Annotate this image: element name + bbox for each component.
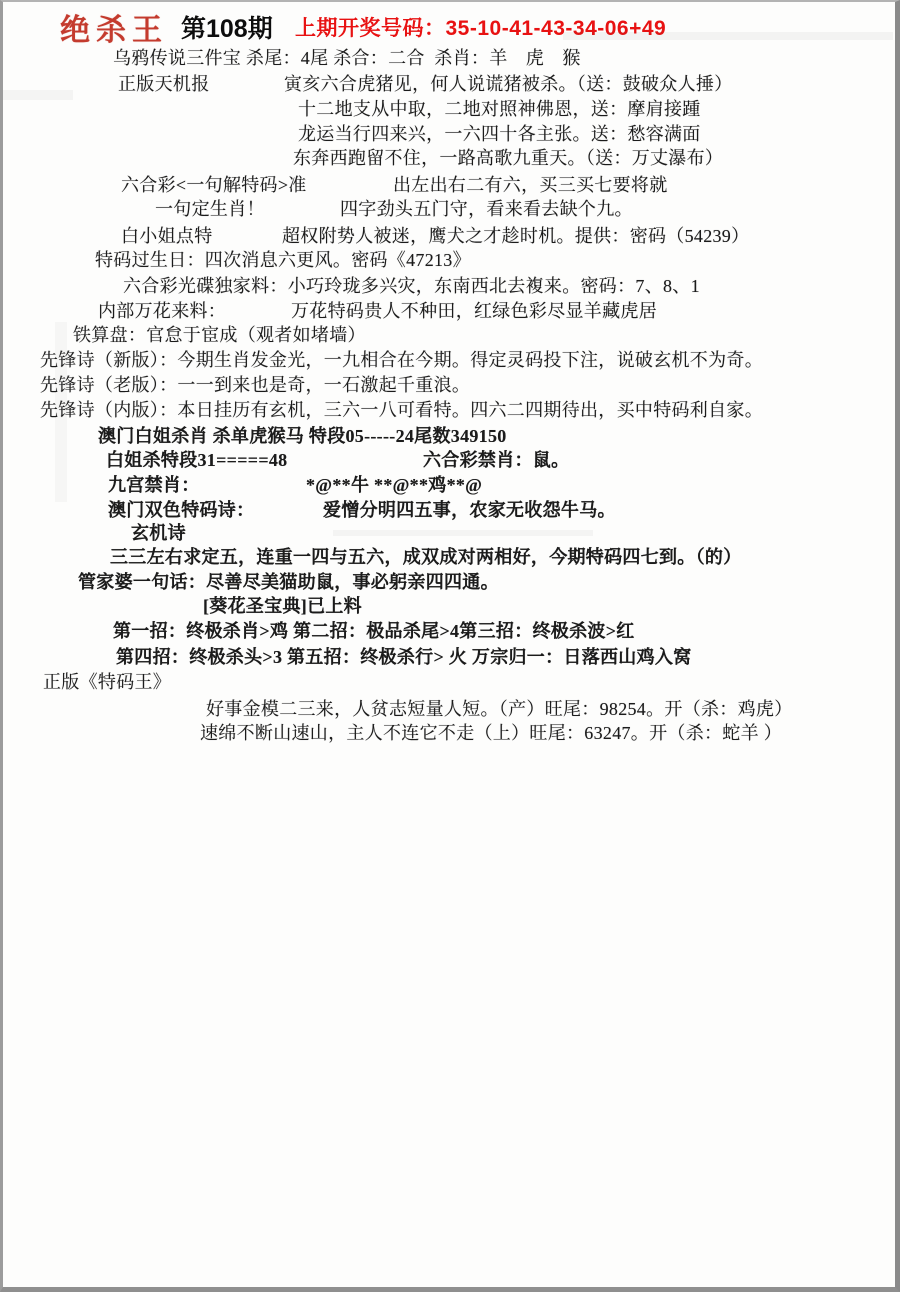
text-line: 玄机诗: [131, 522, 186, 544]
text-line: 三三左右求定五，连重一四与五六，成双成对两相好，今期特码四七到。（的）: [110, 546, 742, 568]
text-line: 六合彩光碟独家料：小巧玲珑多兴灾，东南西北去複来。密码：7、8、1: [123, 275, 700, 297]
lottery-tips-sheet: 绝杀王 第108期 上期开奖号码：35-10-41-43-34-06+49 乌鸦…: [0, 0, 900, 1292]
text-line: 六合彩禁肖：鼠。: [423, 449, 569, 471]
text-line: 一句定生肖！: [155, 198, 265, 220]
text-line: 正版《特码王》: [43, 671, 171, 693]
text-line: 正版天机报: [118, 73, 210, 95]
text-line: 澳门白姐杀肖 杀单虎猴马 特段05-----24尾数349150: [98, 425, 507, 447]
text-line: 龙运当行四来兴，一六四十各主张。送：愁容满面: [298, 123, 701, 145]
text-line: 澳门双色特码诗：: [108, 499, 254, 521]
text-line: 九宫禁肖：: [108, 474, 200, 496]
text-line: 超权附势人被迷，鹰犬之才趁时机。提供：密码（54239）: [282, 225, 749, 247]
text-line: 先锋诗（老版）：一一到来也是奇，一石激起千重浪。: [40, 374, 470, 396]
text-line: 先锋诗（新版）：今期生肖发金光，一九相合在今期。得定灵码投下注，说破玄机不为奇。: [40, 349, 763, 371]
text-line: 第四招：终极杀头>3 第五招：终极杀行> 火 万宗归一：日落西山鸡入窝: [116, 646, 692, 668]
text-line: 第一招：终极杀肖>鸡 第二招：极品杀尾>4第三招：终极杀波>红: [113, 620, 635, 642]
text-line: 爱憎分明四五事，农家无收怨牛马。: [323, 499, 616, 521]
text-line: 管家婆一句话：尽善尽美猫助鼠，事必躬亲四四通。: [78, 571, 499, 593]
text-line: 六合彩<一句解特码>准: [121, 174, 307, 196]
body-lines: 乌鸦传说三件宝 杀尾：4尾 杀合：二合 杀肖：羊 虎 猴正版天机报寅亥六合虎猪见…: [3, 2, 895, 1287]
text-line: 白姐杀特段31=====48: [106, 449, 287, 471]
text-line: [葵花圣宝典]已上料: [203, 595, 362, 617]
text-line: 先锋诗（内版）：本日挂历有玄机，三六一八可看特。四六二四期待出，买中特码利自家。: [40, 399, 763, 421]
text-line: 东奔西跑留不住，一路高歌九重天。（送：万丈瀑布）: [293, 147, 723, 169]
text-line: 速绵不断山速山，主人不连它不走（上）旺尾：63247。开（杀：蛇羊 ）: [200, 722, 782, 744]
text-line: 寅亥六合虎猪见，何人说谎猪被杀。（送：鼓破众人捶）: [284, 73, 733, 95]
text-line: 铁算盘：官怠于宦成（观者如堵墙）: [73, 324, 366, 346]
text-line: 白小姐点特: [121, 225, 213, 247]
text-line: 乌鸦传说三件宝 杀尾：4尾 杀合：二合 杀肖：羊 虎 猴: [113, 47, 581, 69]
text-line: 内部万花来料：: [98, 300, 226, 322]
text-line: 好事金模二三来，人贫志短量人短。（产）旺尾：98254。开（杀：鸡虎）: [206, 698, 793, 720]
text-line: 出左出右二有六，买三买七要将就: [393, 174, 668, 196]
text-line: *@**牛 **@**鸡**@: [306, 474, 482, 496]
text-line: 四字劲头五门守，看来看去缺个九。: [340, 198, 633, 220]
text-line: 十二地支从中取，二地对照神佛恩，送：摩肩接踵: [298, 98, 701, 120]
text-line: 万花特码贵人不种田，红绿色彩尽显羊藏虎居: [291, 300, 657, 322]
text-line: 特码过生日：四次消息六更风。密码《47213》: [95, 249, 471, 271]
